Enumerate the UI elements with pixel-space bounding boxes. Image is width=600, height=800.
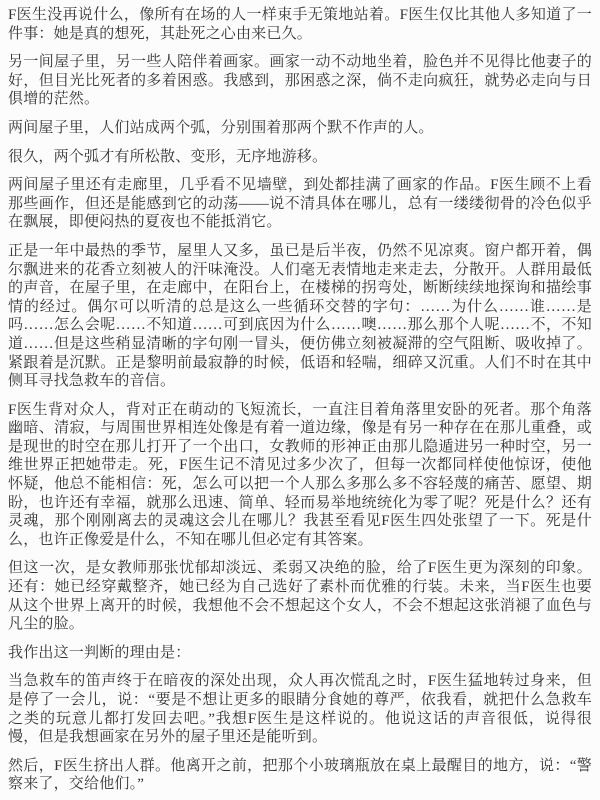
paragraph: F医生背对众人，背对正在萌动的飞短流长，一直注目着角落里安卧的死者。那个角落幽暗…: [8, 401, 592, 550]
paragraph: 两间屋子里还有走廊里，几乎看不见墙壁，到处都挂满了画家的作品。F医生顾不上看那些…: [8, 176, 592, 232]
paragraph: F医生没再说什么，像所有在场的人一样束手无策地站着。F医生仅比其他人多知道了一件…: [8, 6, 592, 43]
paragraph: 两间屋子里，人们站成两个弧，分别围着那两个默不作声的人。: [8, 119, 592, 138]
paragraph: 但这一次，是女教师那张忧郁却淡远、柔弱又决绝的脸，给了F医生更为深刻的印象。还有…: [8, 559, 592, 633]
paragraph: 正是一年中最热的季节，屋里人又多，虽已是后半夜，仍然不见凉爽。窗户都开着，偶尔飘…: [8, 242, 592, 391]
paragraph: 我作出这一判断的理由是：: [8, 644, 592, 663]
paragraph: 然后，F医生挤出人群。他离开之前，把那个小玻璃瓶放在桌上最醒目的地方，说：“警察…: [8, 757, 592, 794]
paragraph: 另一间屋子里，另一些人陪伴着画家。画家一动不动地坐着，脸色并不见得比他妻子的好，…: [8, 53, 592, 109]
document-page: F医生没再说什么，像所有在场的人一样束手无策地站着。F医生仅比其他人多知道了一件…: [0, 0, 600, 800]
paragraph: 当急救车的笛声终于在暗夜的深处出现，众人再次慌乱之时，F医生猛地转过身来，但是停…: [8, 672, 592, 746]
paragraph: 很久，两个弧才有所松散、变形，无序地游移。: [8, 148, 592, 167]
